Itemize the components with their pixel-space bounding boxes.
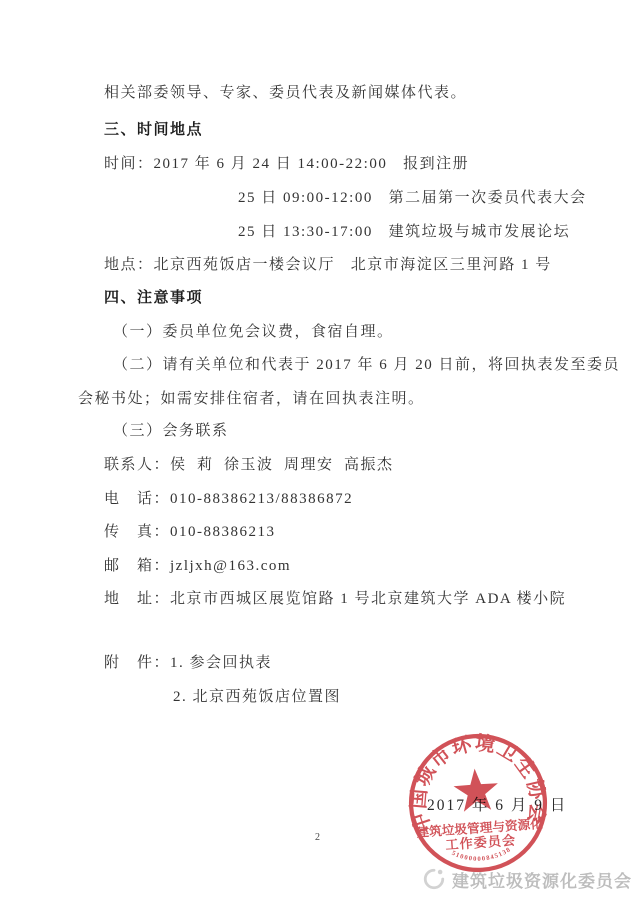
note-1: （一）委员单位免会议费，食宿自理。 <box>113 325 394 340</box>
section-notes-heading: 四、注意事项 <box>104 291 203 306</box>
attachment-line-1: 附 件：1. 参会回执表 <box>104 656 272 671</box>
schedule-line-3: 25 日 13:30-17:00 建筑垃圾与城市发展论坛 <box>238 225 570 240</box>
schedule-line-1: 时间：2017 年 6 月 24 日 14:00-22:00 报到注册 <box>104 157 469 172</box>
note-2-line-1: （二）请有关单位和代表于 2017 年 6 月 20 日前，将回执表发至委员 <box>113 358 620 373</box>
location-line: 地点：北京西苑饭店一楼会议厅 北京市海淀区三里河路 1 号 <box>104 258 552 273</box>
contact-phone-line: 电 话：010-88386213/88386872 <box>104 492 353 507</box>
note-2-line-2: 会秘书处；如需安排住宿者，请在回执表注明。 <box>78 392 425 407</box>
intro-line: 相关部委领导、专家、委员代表及新闻媒体代表。 <box>104 86 467 101</box>
page-number: 2 <box>315 832 320 843</box>
seal-star-icon <box>452 767 499 812</box>
document-page: 相关部委领导、专家、委员代表及新闻媒体代表。 三、时间地点 时间：2017 年 … <box>0 0 640 905</box>
schedule-line-2: 25 日 09:00-12:00 第二届第一次委员代表大会 <box>238 191 587 206</box>
official-seal: 中国城市环境卫生协会 建筑垃圾管理与资源化 工作委员会 510000008451… <box>401 726 555 880</box>
contact-person-line: 联系人：侯 莉 徐玉波 周理安 高振杰 <box>104 458 394 473</box>
attachment-line-2: 2. 北京西苑饭店位置图 <box>173 690 341 705</box>
contact-fax-line: 传 真：010-88386213 <box>104 525 276 540</box>
section-time-heading: 三、时间地点 <box>104 123 203 138</box>
contact-email-line: 邮 箱：jzljxh@163.com <box>104 559 291 574</box>
note-3: （三）会务联系 <box>113 424 229 439</box>
contact-address-line: 地 址：北京市西城区展览馆路 1 号北京建筑大学 ADA 楼小院 <box>104 592 566 607</box>
